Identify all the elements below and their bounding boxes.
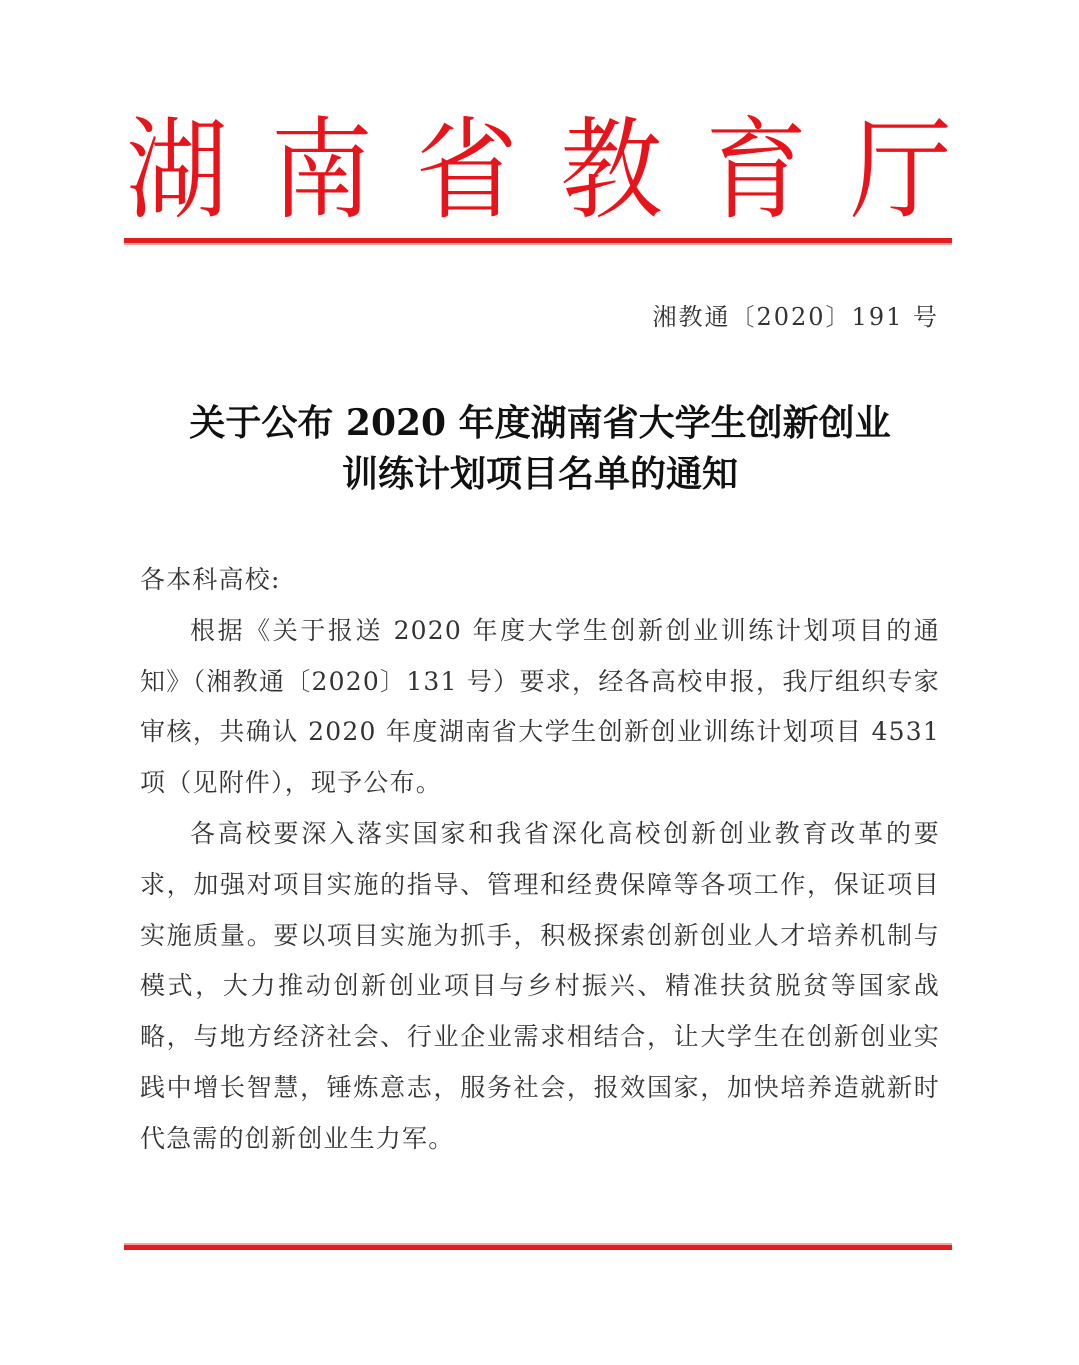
document-number: 湘教通〔2020〕191 号 xyxy=(652,297,939,332)
footer-divider xyxy=(124,1245,952,1250)
body-paragraph: 根据《关于报送 2020 年度大学生创新创业训练计划项目的通知》（湘教通〔202… xyxy=(140,606,940,809)
body-paragraph: 各高校要深入落实国家和我省深化高校创新创业教育改革的要求，加强对项目实施的指导、… xyxy=(140,809,940,1165)
document-title: 关于公布 2020 年度湖南省大学生创新创业 训练计划项目名单的通知 xyxy=(130,398,950,500)
issuer-char: 教 xyxy=(558,107,664,237)
document-body: 各本科高校: 根据《关于报送 2020 年度大学生创新创业训练计划项目的通知》（… xyxy=(140,555,940,1165)
title-line-2: 训练计划项目名单的通知 xyxy=(130,449,950,500)
salutation: 各本科高校: xyxy=(140,555,940,606)
issuer-char: 厅 xyxy=(848,107,954,237)
issuer-char: 育 xyxy=(703,107,809,237)
header-divider xyxy=(124,238,952,243)
title-line-1: 关于公布 2020 年度湖南省大学生创新创业 xyxy=(130,398,950,449)
issuer-char: 湖 xyxy=(124,107,230,237)
issuer-masthead: 湖 南 省 教 育 厅 xyxy=(124,112,954,232)
issuer-char: 南 xyxy=(269,107,375,237)
issuer-char: 省 xyxy=(414,107,520,237)
